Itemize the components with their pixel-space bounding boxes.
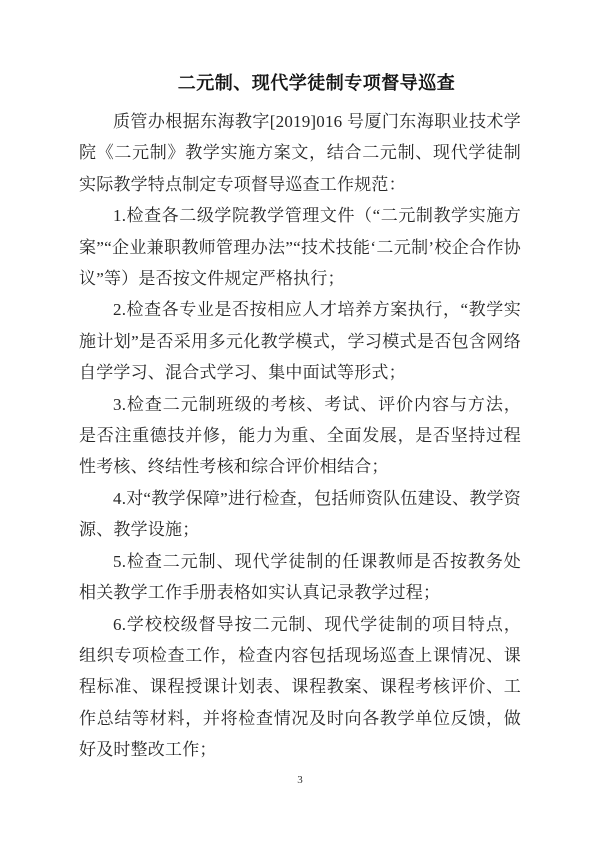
paragraph: 1.检查各二级学院教学管理文件（“二元制教学实施方案”“企业兼职教师管理办法”“…: [79, 200, 521, 294]
document-page: 二元制、现代学徒制专项督导巡查 质管办根据东海教字[2019]016 号厦门东海…: [0, 0, 600, 848]
paragraph: 2.检查各专业是否按相应人才培养方案执行，“教学实施计划”是否采用多元化教学模式…: [79, 294, 521, 388]
paragraph: 质管办根据东海教字[2019]016 号厦门东海职业技术学院《二元制》教学实施方…: [79, 106, 521, 200]
paragraph: 5.检查二元制、现代学徒制的任课教师是否按教务处相关教学工作手册表格如实认真记录…: [79, 546, 521, 609]
document-body: 质管办根据东海教字[2019]016 号厦门东海职业技术学院《二元制》教学实施方…: [0, 106, 600, 766]
paragraph: 3.检查二元制班级的考核、考试、评价内容与方法，是否注重德技并修，能力为重、全面…: [79, 389, 521, 483]
document-title: 二元制、现代学徒制专项督导巡查: [0, 70, 600, 96]
paragraph: 4.对“教学保障”进行检查，包括师资队伍建设、教学资源、教学设施；: [79, 483, 521, 546]
paragraph: 6.学校校级督导按二元制、现代学徒制的项目特点，组织专项检查工作，检查内容包括现…: [79, 609, 521, 766]
page-number: 3: [0, 774, 600, 786]
